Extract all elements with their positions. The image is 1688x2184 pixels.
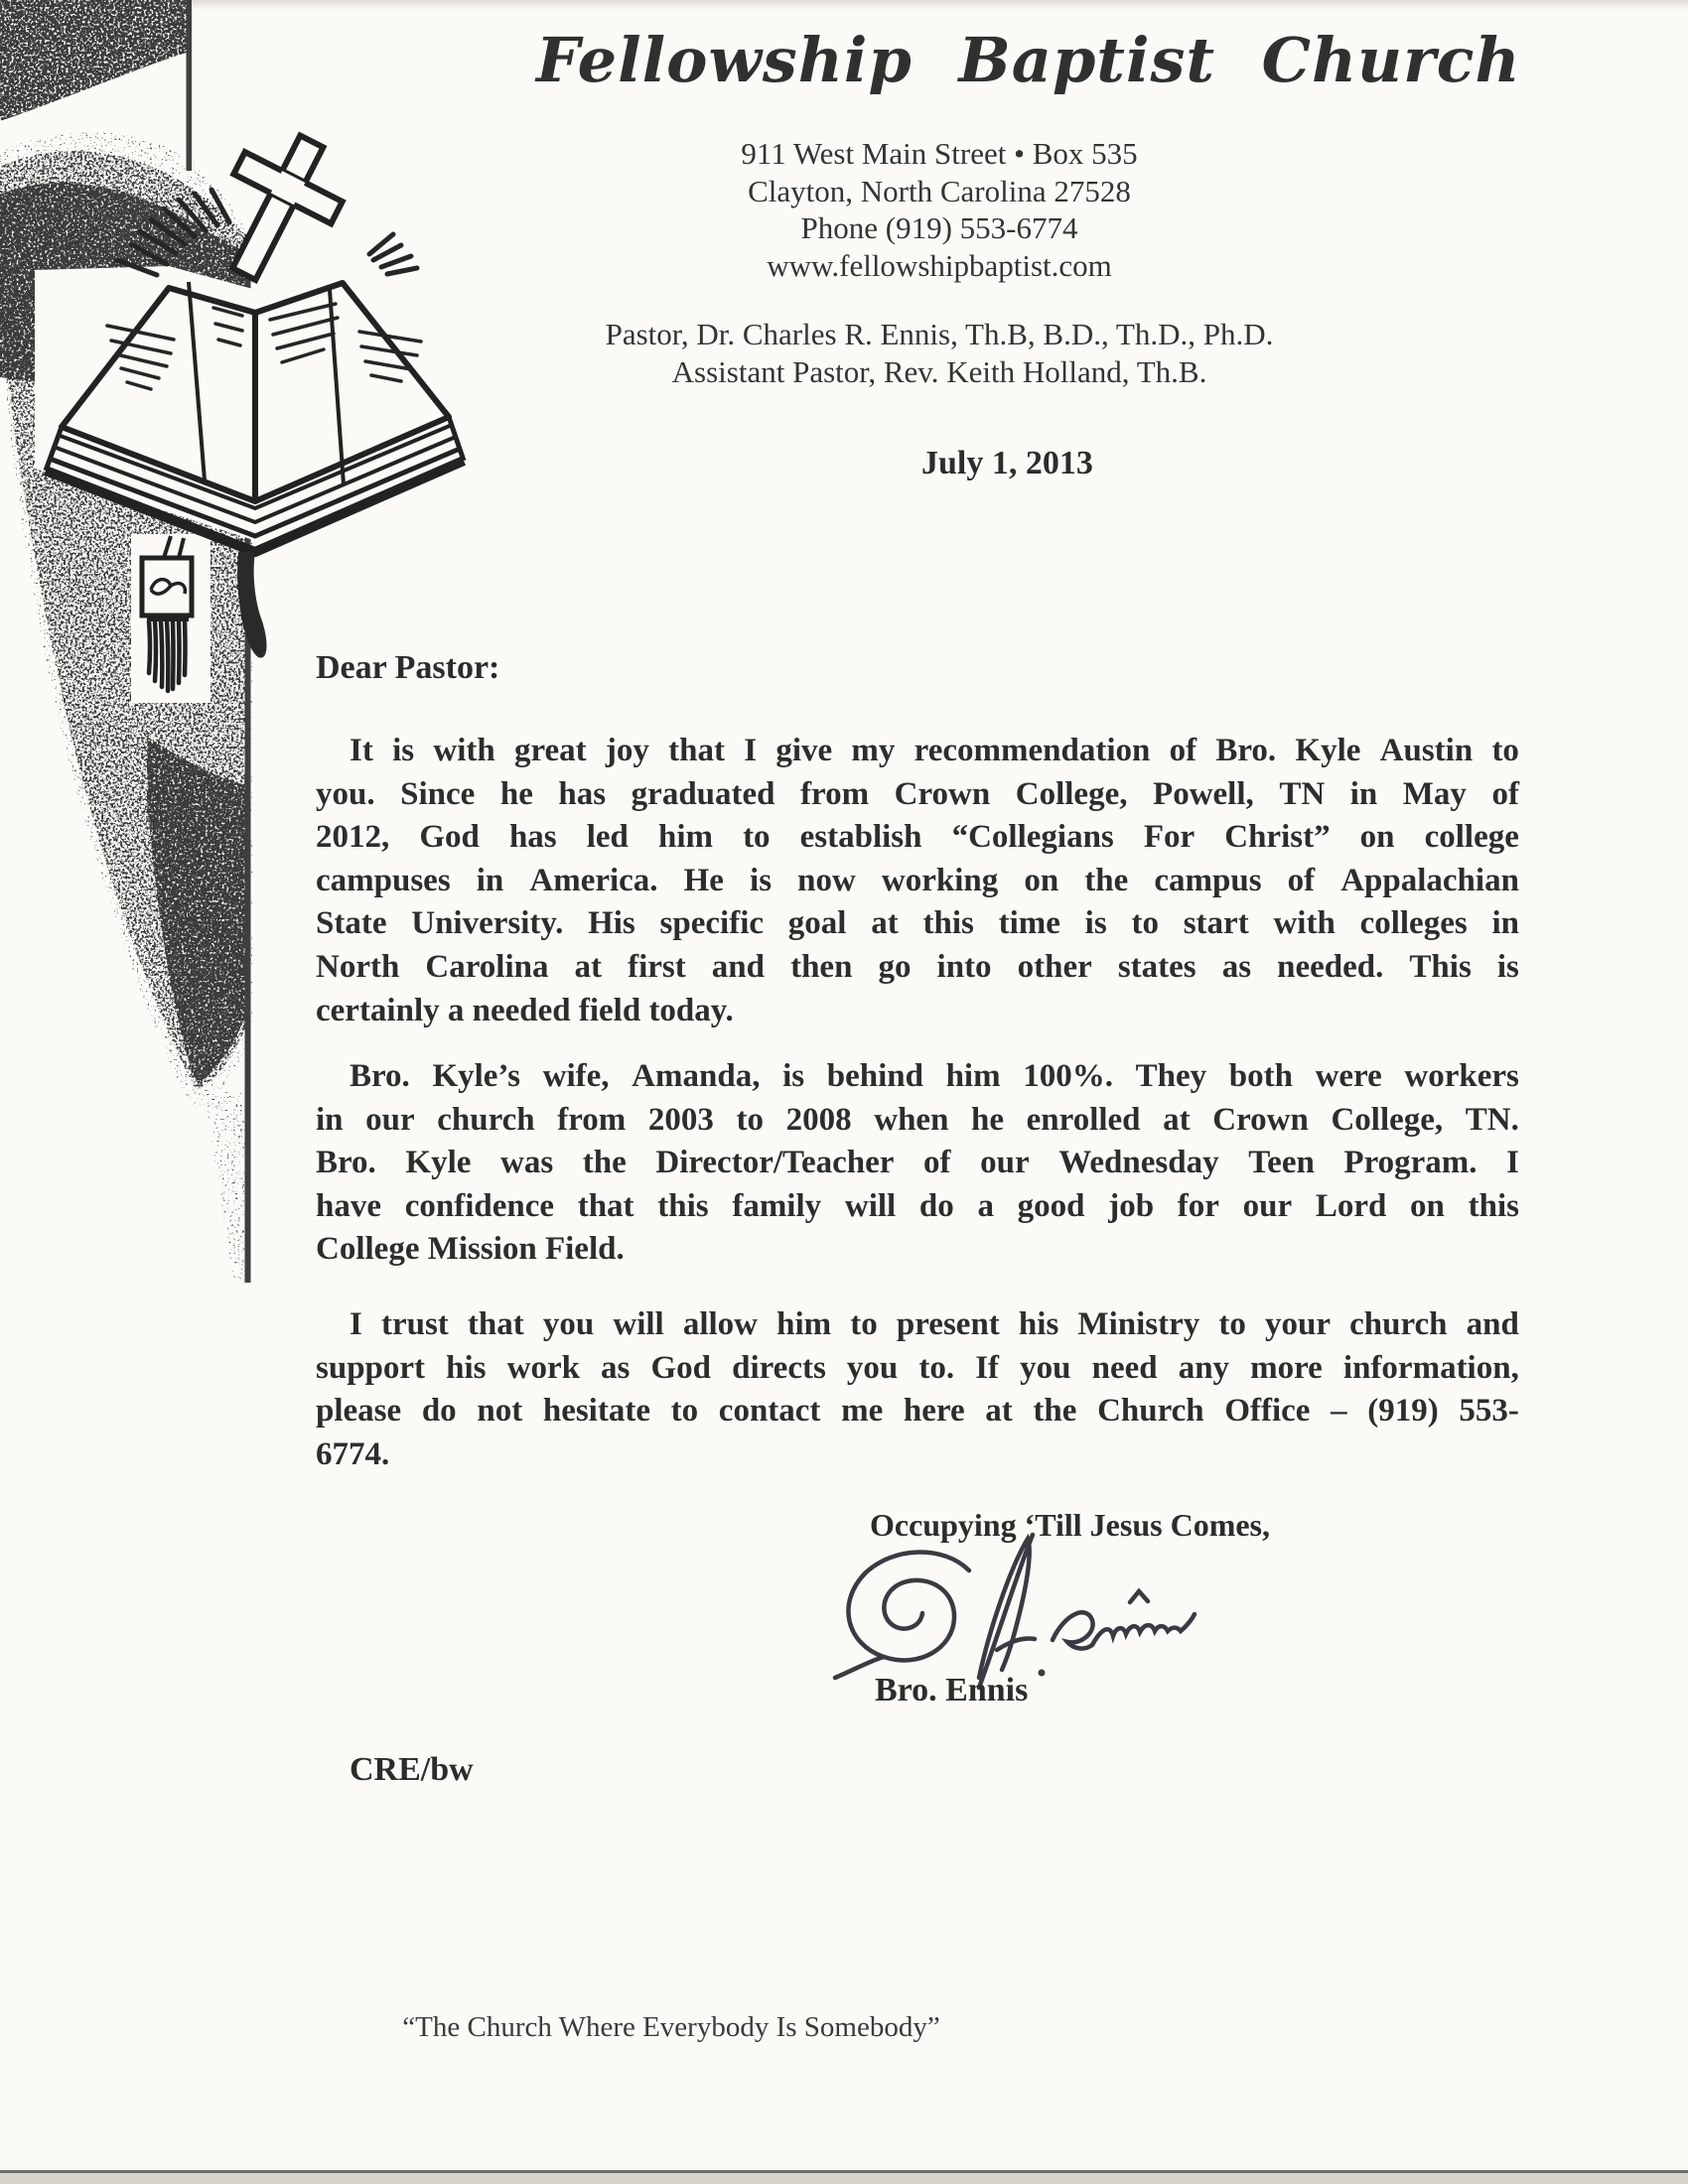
scan-edge-bottom-shade bbox=[0, 2173, 1688, 2184]
body-line: College Mission Field. bbox=[316, 1231, 1519, 1275]
body-line: Bro.KylewastheDirector/TeacherofourWedne… bbox=[316, 1145, 1519, 1188]
body-line: certainly a needed field today. bbox=[316, 993, 1519, 1036]
signer-name: Bro. Ennis bbox=[875, 1672, 1028, 1709]
body-line: ItrustthatyouwillallowhimtopresenthisMin… bbox=[316, 1306, 1519, 1350]
paragraph: Bro.Kyle’swife,Amanda,isbehindhim100%.Th… bbox=[316, 1058, 1519, 1275]
body-line: StateUniversity.Hisspecificgoalatthistim… bbox=[316, 905, 1519, 949]
body-line: pleasedonothesitatetocontactmehereattheC… bbox=[316, 1393, 1519, 1436]
reference-initials: CRE/bw bbox=[350, 1751, 474, 1789]
body-line: ItiswithgreatjoythatIgivemyrecommendatio… bbox=[316, 733, 1519, 776]
footer-motto: “The Church Where Everybody Is Somebody” bbox=[324, 2011, 1019, 2044]
body-line: 2012,Godhasledhimtoestablish“CollegiansF… bbox=[316, 819, 1519, 863]
body-paragraphs: ItiswithgreatjoythatIgivemyrecommendatio… bbox=[0, 0, 1688, 2184]
body-line: inourchurchfrom2003to2008whenheenrolleda… bbox=[316, 1102, 1519, 1146]
body-line: haveconfidencethatthisfamilywilldoagoodj… bbox=[316, 1188, 1519, 1232]
paragraph: ItrustthatyouwillallowhimtopresenthisMin… bbox=[316, 1306, 1519, 1479]
body-line: 6774. bbox=[316, 1436, 1519, 1480]
body-line: campusesinAmerica.Heisnowworkingonthecam… bbox=[316, 863, 1519, 906]
body-line: supporthisworkasGoddirectsyouto.Ifyounee… bbox=[316, 1350, 1519, 1394]
body-line: Bro.Kyle’swife,Amanda,isbehindhim100%.Th… bbox=[316, 1058, 1519, 1102]
body-line: NorthCarolinaatfirstandthengointootherst… bbox=[316, 949, 1519, 993]
paragraph: ItiswithgreatjoythatIgivemyrecommendatio… bbox=[316, 733, 1519, 1035]
body-line: you.SincehehasgraduatedfromCrownCollege,… bbox=[316, 776, 1519, 820]
scanned-letter-page: Fellowship Baptist Church 911 West Main … bbox=[0, 0, 1688, 2184]
